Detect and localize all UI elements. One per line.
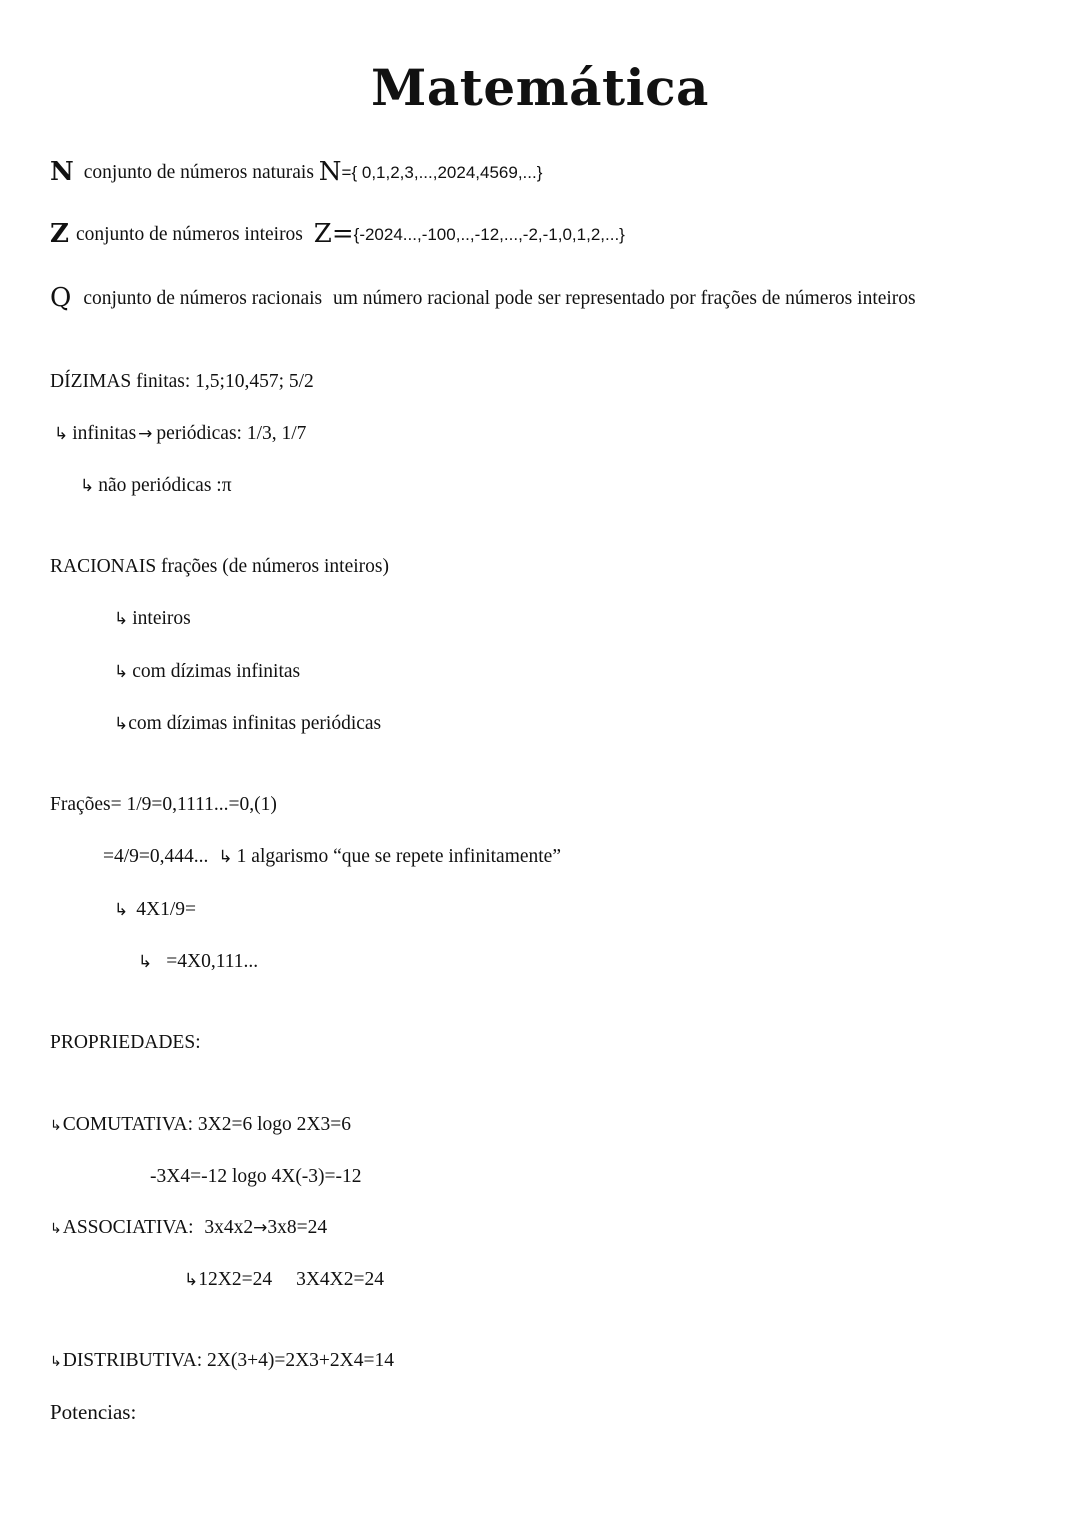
page-title: Matemática: [0, 58, 1080, 117]
set-n-members: ={ 0,1,2,3,...,2024,4569,...}: [342, 163, 543, 182]
curved-arrow-icon: ↳: [50, 1350, 62, 1374]
racionais-item-label: inteiros: [132, 608, 191, 629]
fracoes-line-4: ↳=4X0,111...: [138, 950, 258, 974]
set-z-eq-letter: Z=: [314, 219, 354, 249]
set-n-line: Nconjunto de números naturais N={ 0,1,2,…: [50, 160, 542, 185]
set-q-note: um número racional pode ser representado…: [333, 288, 916, 309]
curved-arrow-icon: ↳: [50, 1114, 62, 1138]
set-n-description: conjunto de números naturais: [84, 162, 314, 183]
right-arrow-icon: →: [253, 1216, 267, 1240]
potencias-heading: Potencias:: [50, 1400, 136, 1424]
racionais-item: ↳inteiros: [114, 607, 191, 631]
fracoes-expr: =4/9=0,444...: [103, 846, 208, 867]
dizimas-infinitas-label: infinitas: [72, 423, 136, 444]
associativa-line-2: ↳12X2=243X4X2=24: [184, 1268, 384, 1292]
dizimas-heading: DÍZIMAS finitas: 1,5;10,457; 5/2: [50, 370, 314, 394]
propriedades-heading: PROPRIEDADES:: [50, 1031, 201, 1055]
racionais-heading: RACIONAIS frações (de números inteiros): [50, 555, 389, 579]
distributiva-label: DISTRIBUTIVA:: [63, 1350, 202, 1371]
set-z-letter: Z: [50, 219, 69, 249]
dizimas-nao-periodicas-line: ↳não periódicas :π: [80, 474, 232, 498]
fracoes-note: 1 algarismo “que se repete infinitamente…: [237, 846, 561, 867]
set-n-eq-letter: N: [319, 157, 342, 187]
associativa-label: ASSOCIATIVA:: [63, 1217, 194, 1238]
set-z-description: conjunto de números inteiros: [76, 224, 303, 245]
dizimas-infinitas-line: ↳infinitas→periódicas: 1/3, 1/7: [54, 422, 306, 446]
comutativa-line: ↳COMUTATIVA: 3X2=6 logo 2X3=6: [50, 1113, 351, 1138]
associativa-example-b: 3x8=24: [267, 1217, 327, 1238]
distributiva-example: 2X(3+4)=2X3+2X4=14: [207, 1350, 394, 1371]
fracoes-line-3: ↳4X1/9=: [114, 898, 196, 922]
set-n-letter: N: [50, 157, 74, 187]
fracoes-step: 4X1/9=: [136, 899, 196, 920]
fracoes-step: =4X0,111...: [166, 951, 258, 972]
set-q-description: conjunto de números racionais: [83, 288, 322, 309]
dizimas-periodicas: periódicas: 1/3, 1/7: [156, 423, 306, 444]
down-right-arrow-icon: ↳: [218, 845, 232, 869]
fracoes-heading: Frações= 1/9=0,1111...=0,(1): [50, 793, 277, 817]
down-right-arrow-icon: ↳: [114, 898, 128, 922]
comutativa-label: COMUTATIVA:: [63, 1114, 193, 1135]
racionais-item-label: com dízimas infinitas periódicas: [128, 713, 381, 734]
down-right-arrow-icon: ↳: [138, 950, 152, 974]
down-right-arrow-icon: ↳: [184, 1268, 198, 1292]
associativa-step-b: 3X4X2=24: [296, 1269, 384, 1290]
racionais-item: ↳com dízimas infinitas periódicas: [114, 712, 381, 736]
down-right-arrow-icon: ↳: [114, 607, 128, 631]
associativa-line: ↳ASSOCIATIVA: 3x4x2→3x8=24: [50, 1216, 327, 1241]
set-z-line: Zconjunto de números inteiros Z={-2024..…: [50, 222, 625, 247]
fracoes-line-2: =4/9=0,444...↳1 algarismo “que se repete…: [103, 845, 561, 869]
right-arrow-icon: →: [138, 422, 152, 446]
racionais-item-label: com dízimas infinitas: [132, 661, 300, 682]
down-right-arrow-icon: ↳: [54, 422, 68, 446]
curved-arrow-icon: ↳: [50, 1217, 62, 1241]
down-right-arrow-icon: ↳: [114, 712, 128, 736]
dizimas-nao-periodicas: não periódicas :π: [98, 475, 231, 496]
set-z-members: {-2024...,-100,..,-12,...,-2,-1,0,1,2,..…: [354, 225, 625, 244]
down-right-arrow-icon: ↳: [80, 474, 94, 498]
associativa-step-a: 12X2=24: [198, 1269, 272, 1290]
distributiva-line: ↳DISTRIBUTIVA: 2X(3+4)=2X3+2X4=14: [50, 1349, 394, 1374]
comutativa-example-2: -3X4=-12 logo 4X(-3)=-12: [150, 1165, 362, 1189]
set-q-letter: Q: [50, 283, 71, 313]
set-q-line: Qconjunto de números racionais um número…: [50, 286, 916, 311]
racionais-item: ↳com dízimas infinitas: [114, 660, 300, 684]
comutativa-example: 3X2=6 logo 2X3=6: [198, 1114, 351, 1135]
associativa-example-a: 3x4x2: [204, 1217, 253, 1238]
down-right-arrow-icon: ↳: [114, 660, 128, 684]
